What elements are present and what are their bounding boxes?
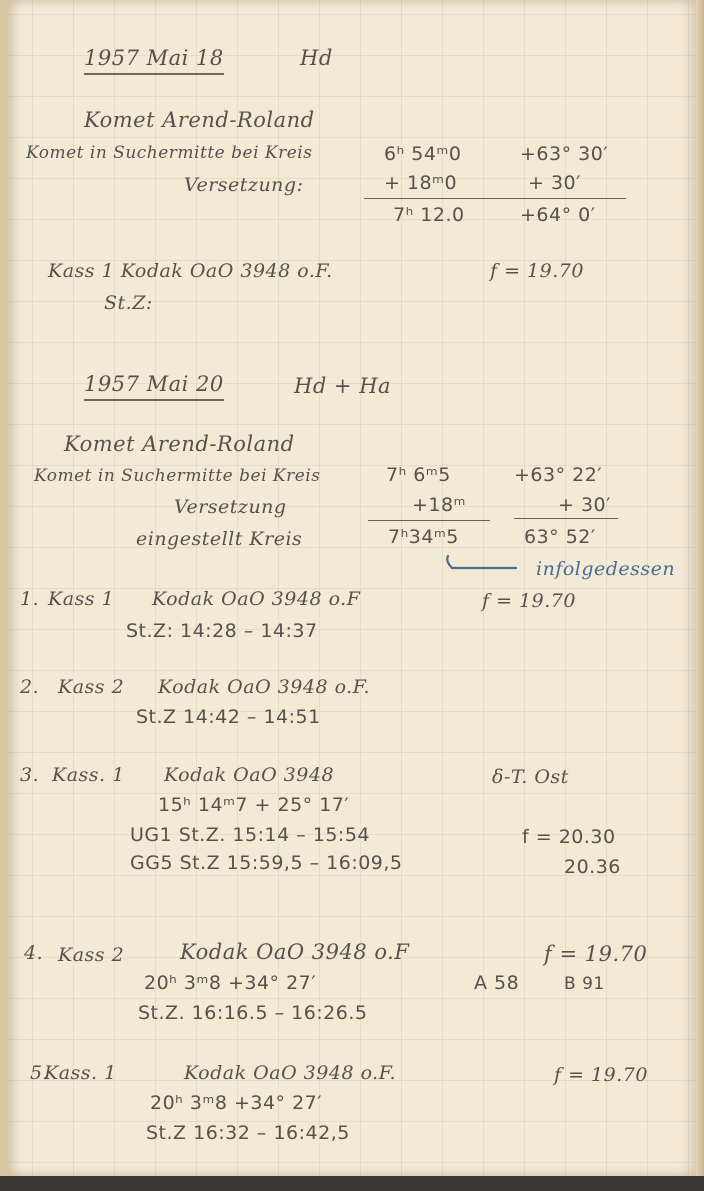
sum-rule (364, 198, 626, 199)
annotation-infolgedessen: infolgedessen (536, 558, 675, 580)
page-binding-edge (0, 0, 8, 1191)
page-bottom-shadow (0, 1176, 704, 1191)
exposure1-cassette: Kass 1 (48, 588, 114, 610)
exposure5-focus: f = 19.70 (554, 1064, 648, 1086)
entry2-finder-dec: +63° 22′ (514, 464, 602, 486)
exposure3-filter-gg5: GG5 St.Z 15:59,5 – 16:09,5 (130, 852, 403, 874)
entry2-finder-ra: 7ʰ 6ᵐ5 (386, 464, 451, 486)
exposure5-coords: 20ʰ 3ᵐ8 +34° 27′ (150, 1092, 322, 1114)
exposure3-focus-2: 20.36 (564, 856, 621, 878)
entry1-offset-ra: + 18ᵐ0 (384, 172, 457, 194)
page-right-edge (696, 0, 704, 1191)
entry1-object: Komet Arend-Roland (84, 108, 315, 132)
exposure4-extra-a: A 58 (474, 972, 519, 994)
sum-rule-ra (368, 520, 490, 521)
entry2-offset-dec: + 30′ (558, 494, 611, 516)
entry1-observers: Hd (300, 46, 333, 70)
exposure2-plate: Kodak OaO 3948 o.F. (158, 676, 370, 698)
exposure2-number: 2. (20, 676, 39, 698)
entry1-offset-label: Versetzung: (184, 174, 303, 196)
entry2-offset-label: Versetzung (174, 496, 287, 518)
exposure2-sidereal: St.Z 14:42 – 14:51 (136, 706, 321, 728)
exposure4-extra-b: B 91 (564, 974, 605, 994)
sum-rule-dec (514, 518, 618, 519)
exposure3-plate: Kodak OaO 3948 (164, 764, 334, 786)
exposure3-number: 3. (20, 764, 39, 786)
exposure3-focus-1: f = 20.30 (522, 826, 616, 848)
exposure1-number: 1. (20, 588, 39, 610)
entry2-result-label: eingestellt Kreis (136, 528, 302, 550)
exposure4-sidereal: St.Z. 16:16.5 – 16:26.5 (138, 1002, 368, 1024)
exposure4-cassette: Kass 2 (58, 944, 124, 966)
notebook-page: 1957 Mai 18 Hd Komet Arend-Roland Komet … (8, 0, 696, 1176)
exposure4-plate: Kodak OaO 3948 o.F (180, 940, 409, 964)
exposure1-focus: f = 19.70 (482, 590, 576, 612)
exposure4-focus: f = 19.70 (544, 942, 647, 966)
exposure3-note: δ-T. Ost (492, 766, 569, 788)
entry2-offset-ra: +18ᵐ (412, 494, 466, 516)
entry1-plate: Kass 1 Kodak OaO 3948 o.F. (48, 260, 333, 282)
entry1-date: 1957 Mai 18 (84, 46, 224, 75)
entry1-result-dec: +64° 0′ (520, 204, 596, 226)
entry1-finder-label: Komet in Suchermitte bei Kreis (26, 143, 312, 163)
exposure4-number: 4. (24, 942, 43, 964)
exposure1-plate: Kodak OaO 3948 o.F (152, 588, 360, 610)
entry1-focus: f = 19.70 (490, 260, 584, 282)
entry1-result-ra: 7ʰ 12.0 (393, 204, 465, 226)
exposure5-cassette: Kass. 1 (44, 1062, 117, 1084)
entry1-finder-ra: 6ʰ 54ᵐ0 (384, 143, 461, 165)
entry1-offset-dec: + 30′ (528, 172, 581, 194)
entry2-finder-label: Komet in Suchermitte bei Kreis (34, 466, 320, 486)
entry2-date: 1957 Mai 20 (84, 372, 224, 401)
arrow-left-icon (440, 552, 520, 576)
exposure4-coords: 20ʰ 3ᵐ8 +34° 27′ (144, 972, 316, 994)
entry1-sidereal-time: St.Z: (104, 292, 153, 314)
entry2-result-ra: 7ʰ34ᵐ5 (388, 526, 459, 548)
exposure3-coords: 15ʰ 14ᵐ7 + 25° 17′ (158, 794, 349, 816)
entry2-object: Komet Arend-Roland (64, 432, 295, 456)
exposure3-cassette: Kass. 1 (52, 764, 125, 786)
exposure1-sidereal: St.Z: 14:28 – 14:37 (126, 620, 318, 642)
exposure2-cassette: Kass 2 (58, 676, 124, 698)
exposure5-plate: Kodak OaO 3948 o.F. (184, 1062, 396, 1084)
exposure3-filter-ug1: UG1 St.Z. 15:14 – 15:54 (130, 824, 370, 846)
exposure5-sidereal: St.Z 16:32 – 16:42,5 (146, 1122, 350, 1144)
entry2-observers: Hd + Ha (294, 374, 391, 398)
entry2-result-dec: 63° 52′ (524, 526, 596, 548)
entry1-finder-dec: +63° 30′ (520, 143, 608, 165)
